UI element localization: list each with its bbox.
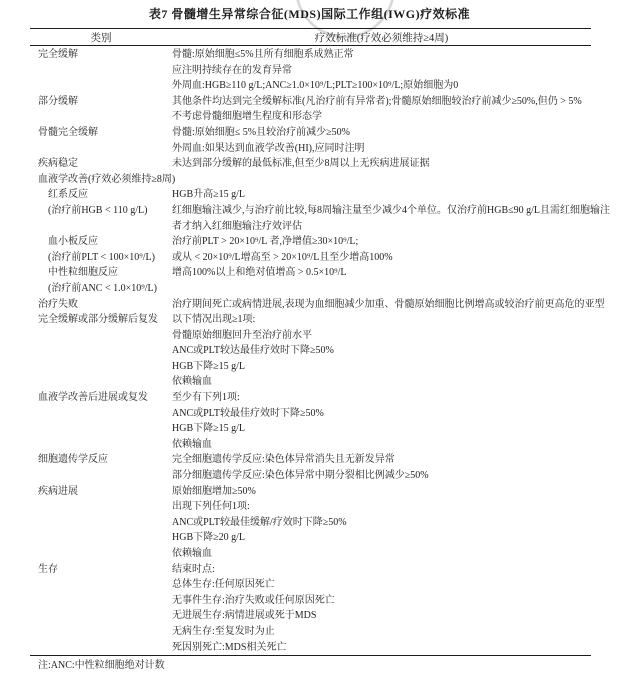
table-line: 红系反应HGB升高≥15 g/L [30,187,591,203]
table-line: ANC或PLT较最佳疗效时下降≥50% [30,406,591,422]
table-line: HGB下降≥15 g/L [30,359,591,375]
table-row: 部分缓解其他条件均达到完全缓解标准(凡治疗前有异常者);骨髓原始细胞较治疗前减少… [30,94,591,125]
table-row: 细胞遗传学反应完全细胞遗传学反应:染色体异常消失且无新发异常部分细胞遗传学反应:… [30,452,591,483]
table-line: 疾病进展原始细胞增加≥50% [30,484,591,500]
table-line: 骨髓原始细胞回升至治疗前水平 [30,328,591,344]
table-row: 中性粒细胞反应增高100%以上和绝对值增高 > 0.5×10⁹/L(治疗前ANC… [30,265,591,296]
category-cell [30,78,172,94]
criteria-cell: 或从 < 20×10⁹/L增高至 > 20×10⁹/L且至少增高100% [172,250,591,266]
table-line: 部分缓解其他条件均达到完全缓解标准(凡治疗前有异常者);骨髓原始细胞较治疗前减少… [30,94,591,110]
criteria-cell: 应注明持续存在的发育异常 [172,63,591,79]
criteria-cell: 者才纳入红细胞输注疗效评估 [172,219,591,235]
table-line: 血液学改善后进展或复发至少有下列1项: [30,390,591,406]
table-line: (治疗前PLT < 100×10⁹/L)或从 < 20×10⁹/L增高至 > 2… [30,250,591,266]
table-title: 表7 骨髓增生异常综合征(MDS)国际工作组(IWG)疗效标准 [0,5,619,22]
table-row: 生存结束时点:总体生存:任何原因死亡无事件生存:治疗失败或任何原因死亡无进展生存… [30,562,591,656]
table-line: 无病生存:至复发时为止 [30,624,591,640]
category-cell: 血液学改善后进展或复发 [30,390,172,406]
table-line: 总体生存:任何原因死亡 [30,577,591,593]
criteria-cell: 骨髓原始细胞回升至治疗前水平 [172,328,591,344]
category-cell [30,515,172,531]
category-cell: 红系反应 [30,187,172,203]
table-line: 不考虑骨髓细胞增生程度和形态学 [30,109,591,125]
category-cell [30,468,172,484]
table-line: 部分细胞遗传学反应:染色体异常中期分裂相比例减少≥50% [30,468,591,484]
table-line: 死因别死亡:MDS相关死亡 [30,640,591,656]
criteria-cell: ANC或PLT较达最佳疗效时下降≥50% [172,343,591,359]
criteria-cell: 外周血:HGB≥110 g/L;ANC≥1.0×10⁹/L;PLT≥100×10… [172,78,591,94]
category-cell [30,328,172,344]
criteria-cell [172,172,591,188]
footnote: 注:ANC:中性粒细胞绝对计数 [38,656,165,671]
table-row: 完全缓解骨髓:原始细胞≤5%且所有细胞系成熟正常应注明持续存在的发育异常外周血:… [30,47,591,94]
table-line: 生存结束时点: [30,562,591,578]
table-line: 治疗失败治疗期间死亡或病情进展,表现为血细胞减少加重、骨髓原始细胞比例增高或较治… [30,297,591,313]
criteria-cell: 无事件生存:治疗失败或任何原因死亡 [172,593,591,609]
criteria-cell: 未达到部分缓解的最低标准,但至少8周以上无疾病进展证据 [172,156,591,172]
table-line: 无进展生存:病情进展或死于MDS [30,608,591,624]
category-cell: 中性粒细胞反应 [30,265,172,281]
category-cell [30,593,172,609]
criteria-cell: 完全细胞遗传学反应:染色体异常消失且无新发异常 [172,452,591,468]
table-line: ANC或PLT较达最佳疗效时下降≥50% [30,343,591,359]
table-line: 依赖输血 [30,546,591,562]
table-header-row: 类别 疗效标准(疗效必须维持≥4周) [30,29,591,46]
table-row: 骨髓完全缓解骨髓:原始细胞≤ 5%且较治疗前减少≥50%外周血:如果达到血液学改… [30,125,591,156]
table-line: (治疗前ANC < 1.0×10⁹/L) [30,281,591,297]
criteria-cell: 无病生存:至复发时为止 [172,624,591,640]
criteria-cell: 红细胞输注减少,与治疗前比较,每8周输注量至少减少4个单位。仅治疗前HGB≤90… [172,203,610,219]
category-cell: 血液学改善(疗效必须维持≥8周) [30,172,172,188]
category-cell [30,63,172,79]
table-line: HGB下降≥15 g/L [30,421,591,437]
criteria-cell: 增高100%以上和绝对值增高 > 0.5×10⁹/L [172,265,591,281]
criteria-cell: 不考虑骨髓细胞增生程度和形态学 [172,109,591,125]
criteria-cell: ANC或PLT较最佳疗效时下降≥50% [172,406,591,422]
criteria-cell: 出现下列任何1项: [172,499,591,515]
category-cell [30,530,172,546]
table-line: 外周血:HGB≥110 g/L;ANC≥1.0×10⁹/L;PLT≥100×10… [30,78,591,94]
criteria-cell: 依赖输血 [172,437,591,453]
category-cell [30,437,172,453]
table-line: 血小板反应治疗前PLT > 20×10⁹/L 者,净增值≥30×10⁹/L; [30,234,591,250]
criteria-cell: HGB下降≥20 g/L [172,530,591,546]
criteria-cell: 以下情况出现≥1项: [172,312,591,328]
category-cell [30,406,172,422]
table-line: 依赖输血 [30,374,591,390]
table-line: 完全缓解骨髓:原始细胞≤5%且所有细胞系成熟正常 [30,47,591,63]
criteria-cell [172,281,591,297]
table-row: 血液学改善(疗效必须维持≥8周) [30,172,591,188]
category-cell: 疾病稳定 [30,156,172,172]
criteria-cell: ANC或PLT较最佳缓解/疗效时下降≥50% [172,515,591,531]
criteria-cell: HGB下降≥15 g/L [172,421,591,437]
category-cell [30,421,172,437]
category-cell [30,546,172,562]
category-cell [30,109,172,125]
table-line: HGB下降≥20 g/L [30,530,591,546]
table-row: 疾病稳定未达到部分缓解的最低标准,但至少8周以上无疾病进展证据 [30,156,591,172]
document-page: 表7 骨髓增生异常综合征(MDS)国际工作组(IWG)疗效标准 类别 疗效标准(… [0,0,619,676]
category-cell: (治疗前ANC < 1.0×10⁹/L) [30,281,172,297]
table-line: (治疗前HGB < 110 g/L)红细胞输注减少,与治疗前比较,每8周输注量至… [30,203,591,219]
table-line: 无事件生存:治疗失败或任何原因死亡 [30,593,591,609]
criteria-cell: 结束时点: [172,562,591,578]
criteria-cell: 治疗前PLT > 20×10⁹/L 者,净增值≥30×10⁹/L; [172,234,591,250]
table-row: 治疗失败治疗期间死亡或病情进展,表现为血细胞减少加重、骨髓原始细胞比例增高或较治… [30,297,591,313]
category-cell: 细胞遗传学反应 [30,452,172,468]
table-line: 完全缓解或部分缓解后复发以下情况出现≥1项: [30,312,591,328]
table-line: 血液学改善(疗效必须维持≥8周) [30,172,591,188]
criteria-cell: 总体生存:任何原因死亡 [172,577,591,593]
table-line: 者才纳入红细胞输注疗效评估 [30,219,591,235]
table-line: 应注明持续存在的发育异常 [30,63,591,79]
criteria-cell: 原始细胞增加≥50% [172,484,591,500]
category-cell: (治疗前HGB < 110 g/L) [30,203,172,219]
table-line: 出现下列任何1项: [30,499,591,515]
category-cell: 血小板反应 [30,234,172,250]
column-header-criteria: 疗效标准(疗效必须维持≥4周) [172,30,591,45]
criteria-cell: HGB升高≥15 g/L [172,187,591,203]
criteria-cell: 至少有下列1项: [172,390,591,406]
category-cell [30,499,172,515]
table-row: 疾病进展原始细胞增加≥50%出现下列任何1项:ANC或PLT较最佳缓解/疗效时下… [30,484,591,562]
table-line: 外周血:如果达到血液学改善(HI),应同时注明 [30,141,591,157]
criteria-cell: 依赖输血 [172,546,591,562]
category-cell: 完全缓解 [30,47,172,63]
table-body: 完全缓解骨髓:原始细胞≤5%且所有细胞系成熟正常应注明持续存在的发育异常外周血:… [30,46,591,655]
category-cell: 疾病进展 [30,484,172,500]
table-line: 疾病稳定未达到部分缓解的最低标准,但至少8周以上无疾病进展证据 [30,156,591,172]
category-cell [30,343,172,359]
criteria-cell: 外周血:如果达到血液学改善(HI),应同时注明 [172,141,591,157]
column-header-category: 类别 [30,30,172,45]
table-line: 中性粒细胞反应增高100%以上和绝对值增高 > 0.5×10⁹/L [30,265,591,281]
category-cell [30,577,172,593]
table-line: 骨髓完全缓解骨髓:原始细胞≤ 5%且较治疗前减少≥50% [30,125,591,141]
table-row: 血液学改善后进展或复发至少有下列1项:ANC或PLT较最佳疗效时下降≥50%HG… [30,390,591,452]
category-cell [30,359,172,375]
category-cell: 骨髓完全缓解 [30,125,172,141]
table-line: ANC或PLT较最佳缓解/疗效时下降≥50% [30,515,591,531]
category-cell [30,219,172,235]
category-cell [30,624,172,640]
category-cell: (治疗前PLT < 100×10⁹/L) [30,250,172,266]
category-cell [30,141,172,157]
category-cell: 生存 [30,562,172,578]
criteria-cell: 部分细胞遗传学反应:染色体异常中期分裂相比例减少≥50% [172,468,591,484]
criteria-cell: 骨髓:原始细胞≤5%且所有细胞系成熟正常 [172,47,591,63]
criteria-cell: 治疗期间死亡或病情进展,表现为血细胞减少加重、骨髓原始细胞比例增高或较治疗前更高… [172,297,605,313]
category-cell: 部分缓解 [30,94,172,110]
category-cell: 完全缓解或部分缓解后复发 [30,312,172,328]
criteria-cell: 依赖输血 [172,374,591,390]
criteria-cell: 其他条件均达到完全缓解标准(凡治疗前有异常者);骨髓原始细胞较治疗前减少≥50%… [172,94,591,110]
criteria-cell: HGB下降≥15 g/L [172,359,591,375]
criteria-cell: 死因别死亡:MDS相关死亡 [172,640,591,656]
table-line: 依赖输血 [30,437,591,453]
category-cell [30,374,172,390]
category-cell: 治疗失败 [30,297,172,313]
criteria-cell: 无进展生存:病情进展或死于MDS [172,608,591,624]
category-cell [30,640,172,656]
table-line: 细胞遗传学反应完全细胞遗传学反应:染色体异常消失且无新发异常 [30,452,591,468]
table-row: 完全缓解或部分缓解后复发以下情况出现≥1项:骨髓原始细胞回升至治疗前水平ANC或… [30,312,591,390]
table-row: 血小板反应治疗前PLT > 20×10⁹/L 者,净增值≥30×10⁹/L;(治… [30,234,591,265]
criteria-cell: 骨髓:原始细胞≤ 5%且较治疗前减少≥50% [172,125,591,141]
category-cell [30,608,172,624]
table-row: 红系反应HGB升高≥15 g/L(治疗前HGB < 110 g/L)红细胞输注减… [30,187,591,234]
criteria-table: 类别 疗效标准(疗效必须维持≥4周) 完全缓解骨髓:原始细胞≤5%且所有细胞系成… [30,28,591,656]
